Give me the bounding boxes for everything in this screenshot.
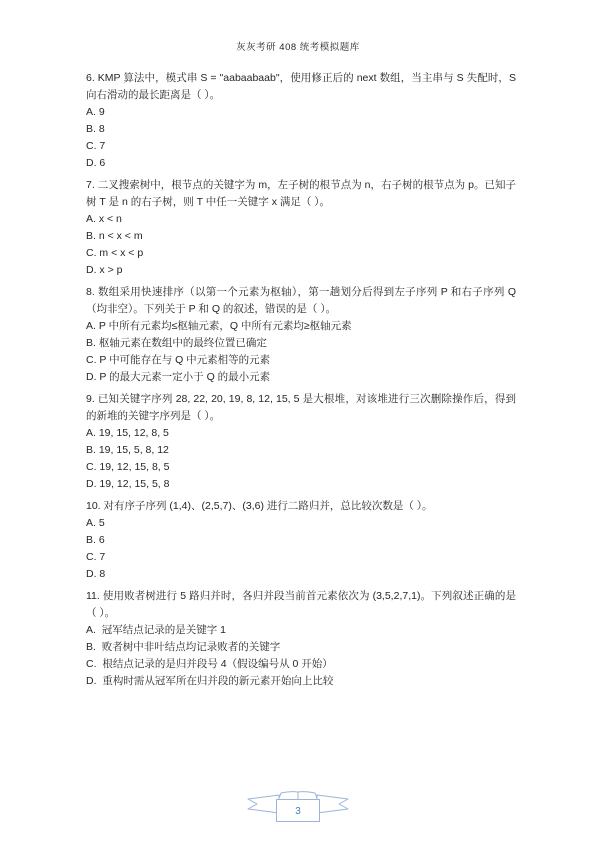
question-option-b: B. 枢轴元素在数组中的最终位置已确定 <box>86 335 516 352</box>
question-option-a: A. 19, 15, 12, 8, 5 <box>86 425 516 442</box>
question-stem: 11. 使用败者树进行 5 路归并时，各归并段当前首元素依次为 (3,5,2,7… <box>86 588 516 622</box>
question-option-d: D. 6 <box>86 155 516 172</box>
question-block-11: 11. 使用败者树进行 5 路归并时，各归并段当前首元素依次为 (3,5,2,7… <box>86 588 516 690</box>
question-stem: 10. 对有序子序列 (1,4)、(2,5,7)、(3,6) 进行二路归并，总比… <box>86 498 516 515</box>
question-option-d: D. x > p <box>86 262 516 279</box>
question-option-a: A. 冠军结点记录的是关键字 1 <box>86 622 516 639</box>
document-header-title: 灰灰考研 408 统考模拟题库 <box>0 39 596 53</box>
question-option-c: C. m < x < p <box>86 245 516 262</box>
question-option-c: C. 7 <box>86 549 516 566</box>
page-number-ribbon: 3 <box>245 790 351 824</box>
question-option-b: B. 8 <box>86 121 516 138</box>
question-option-d: D. 8 <box>86 566 516 583</box>
question-option-a: A. 5 <box>86 515 516 532</box>
questions-area: 6. KMP 算法中，模式串 S = "aabaabaab"，使用修正后的 ne… <box>86 70 516 695</box>
question-option-c: C. 7 <box>86 138 516 155</box>
question-stem: 6. KMP 算法中，模式串 S = "aabaabaab"，使用修正后的 ne… <box>86 70 516 104</box>
question-block-7: 7. 二叉搜索树中，根节点的关键字为 m，左子树的根节点为 n，右子树的根节点为… <box>86 177 516 279</box>
ribbon-banner-icon: 3 <box>245 790 351 824</box>
question-option-d: D. 19, 12, 15, 5, 8 <box>86 476 516 493</box>
question-option-b: B. 败者树中非叶结点均记录败者的关键字 <box>86 639 516 656</box>
question-block-9: 9. 已知关键字序列 28, 22, 20, 19, 8, 12, 15, 5 … <box>86 391 516 493</box>
question-block-8: 8. 数组采用快速排序（以第一个元素为枢轴），第一趟划分后得到左子序列 P 和右… <box>86 284 516 386</box>
question-option-b: B. n < x < m <box>86 228 516 245</box>
question-option-c: C. 根结点记录的是归并段号 4（假设编号从 0 开始） <box>86 656 516 673</box>
question-stem: 9. 已知关键字序列 28, 22, 20, 19, 8, 12, 15, 5 … <box>86 391 516 425</box>
question-option-a: A. x < n <box>86 211 516 228</box>
question-option-a: A. 9 <box>86 104 516 121</box>
question-option-c: C. 19, 12, 15, 8, 5 <box>86 459 516 476</box>
question-option-d: D. P 的最大元素一定小于 Q 的最小元素 <box>86 369 516 386</box>
document-page: 灰灰考研 408 统考模拟题库 6. KMP 算法中，模式串 S = "aaba… <box>0 0 596 842</box>
question-option-b: B. 19, 15, 5, 8, 12 <box>86 442 516 459</box>
question-option-a: A. P 中所有元素均≤枢轴元素，Q 中所有元素均≥枢轴元素 <box>86 318 516 335</box>
question-stem: 8. 数组采用快速排序（以第一个元素为枢轴），第一趟划分后得到左子序列 P 和右… <box>86 284 516 318</box>
page-number: 3 <box>295 806 301 817</box>
question-block-6: 6. KMP 算法中，模式串 S = "aabaabaab"，使用修正后的 ne… <box>86 70 516 172</box>
question-option-d: D. 重构时需从冠军所在归并段的新元素开始向上比较 <box>86 673 516 690</box>
question-option-c: C. P 中可能存在与 Q 中元素相等的元素 <box>86 352 516 369</box>
question-stem: 7. 二叉搜索树中，根节点的关键字为 m，左子树的根节点为 n，右子树的根节点为… <box>86 177 516 211</box>
question-option-b: B. 6 <box>86 532 516 549</box>
question-block-10: 10. 对有序子序列 (1,4)、(2,5,7)、(3,6) 进行二路归并，总比… <box>86 498 516 583</box>
